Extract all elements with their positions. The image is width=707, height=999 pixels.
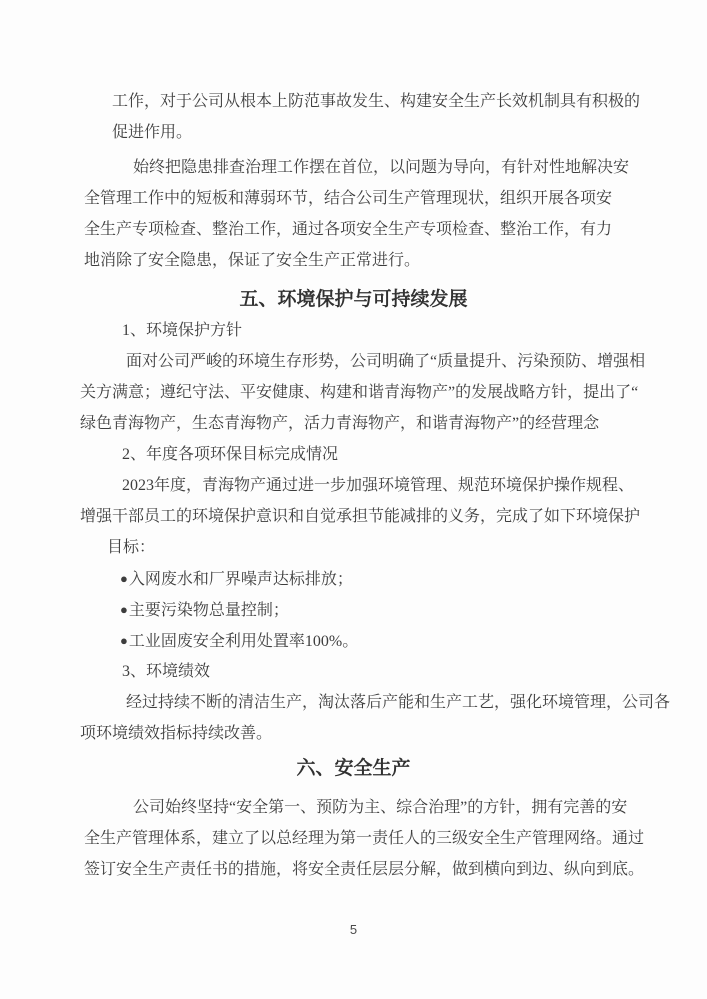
paragraph-line: 2023年度，青海物产通过进一步加强环境管理、规范环境保护操作规程、 (0, 470, 707, 501)
paragraph-line: 工作，对于公司从根本上防范事故发生、构建安全生产长效机制具有积极的 (0, 86, 707, 117)
subheading-3: 3、环境绩效 (0, 656, 707, 687)
section-6-heading: 六、安全生产 (0, 753, 707, 784)
paragraph-line: 项环境绩效指标持续改善。 (0, 718, 707, 749)
subheading-1: 1、环境保护方针 (0, 315, 707, 346)
paragraph-line: 关方满意；遵纪守法、平安健康、构建和谐青海物产”的发展战略方针，提出了“ (0, 377, 707, 408)
bullet-icon: ● (120, 602, 129, 617)
paragraph-line: 增强干部员工的环境保护意识和自觉承担节能减排的义务，完成了如下环境保护 (0, 501, 707, 532)
subheading-2: 2、年度各项环保目标完成情况 (0, 439, 707, 470)
paragraph-line: 全生产管理体系，建立了以总经理为第一责任人的三级安全生产管理网络。通过 (0, 823, 707, 854)
bullet-text: 主要污染物总量控制； (129, 602, 289, 619)
paragraph-line: 经过持续不断的清洁生产，淘汰落后产能和生产工艺，强化环境管理，公司各 (0, 687, 707, 718)
paragraph-line: 面对公司严峻的环境生存形势，公司明确了“质量提升、污染预防、增强相 (0, 346, 707, 377)
paragraph-line: 签订安全生产责任书的措施，将安全责任层层分解，做到横向到边、纵向到底。 (0, 854, 707, 885)
bullet-text: 工业固废安全利用处置率100%。 (129, 633, 358, 650)
bullet-item: ●工业固废安全利用处置率100%。 (0, 625, 707, 656)
document-body: 工作，对于公司从根本上防范事故发生、构建安全生产长效机制具有积极的 促进作用。 … (0, 0, 707, 885)
bullet-icon: ● (120, 571, 129, 586)
paragraph-line: 公司始终坚持“安全第一、预防为主、综合治理”的方针，拥有完善的安 (0, 792, 707, 823)
paragraph-line: 地消除了安全隐患，保证了安全生产正常进行。 (0, 245, 707, 276)
bullet-item: ●入网废水和厂界噪声达标排放； (0, 563, 707, 594)
section-5-heading: 五、环境保护与可持续发展 (0, 284, 707, 315)
bullet-icon: ● (120, 633, 129, 648)
bullet-item: ●主要污染物总量控制； (0, 594, 707, 625)
page-number: 5 (0, 922, 707, 937)
paragraph-line: 促进作用。 (0, 117, 707, 148)
bullet-text: 入网废水和厂界噪声达标排放； (129, 571, 353, 588)
paragraph-line: 全管理工作中的短板和薄弱环节，结合公司生产管理现状，组织开展各项安 (0, 183, 707, 214)
paragraph-line: 全生产专项检查、整治工作，通过各项安全生产专项检查、整治工作，有力 (0, 214, 707, 245)
paragraph-line: 目标： (0, 532, 707, 563)
document-page: 工作，对于公司从根本上防范事故发生、构建安全生产长效机制具有积极的 促进作用。 … (0, 0, 707, 999)
paragraph-line: 绿色青海物产，生态青海物产，活力青海物产，和谐青海物产”的经营理念 (0, 408, 707, 439)
paragraph-line: 始终把隐患排查治理工作摆在首位，以问题为导向，有针对性地解决安 (0, 152, 707, 183)
